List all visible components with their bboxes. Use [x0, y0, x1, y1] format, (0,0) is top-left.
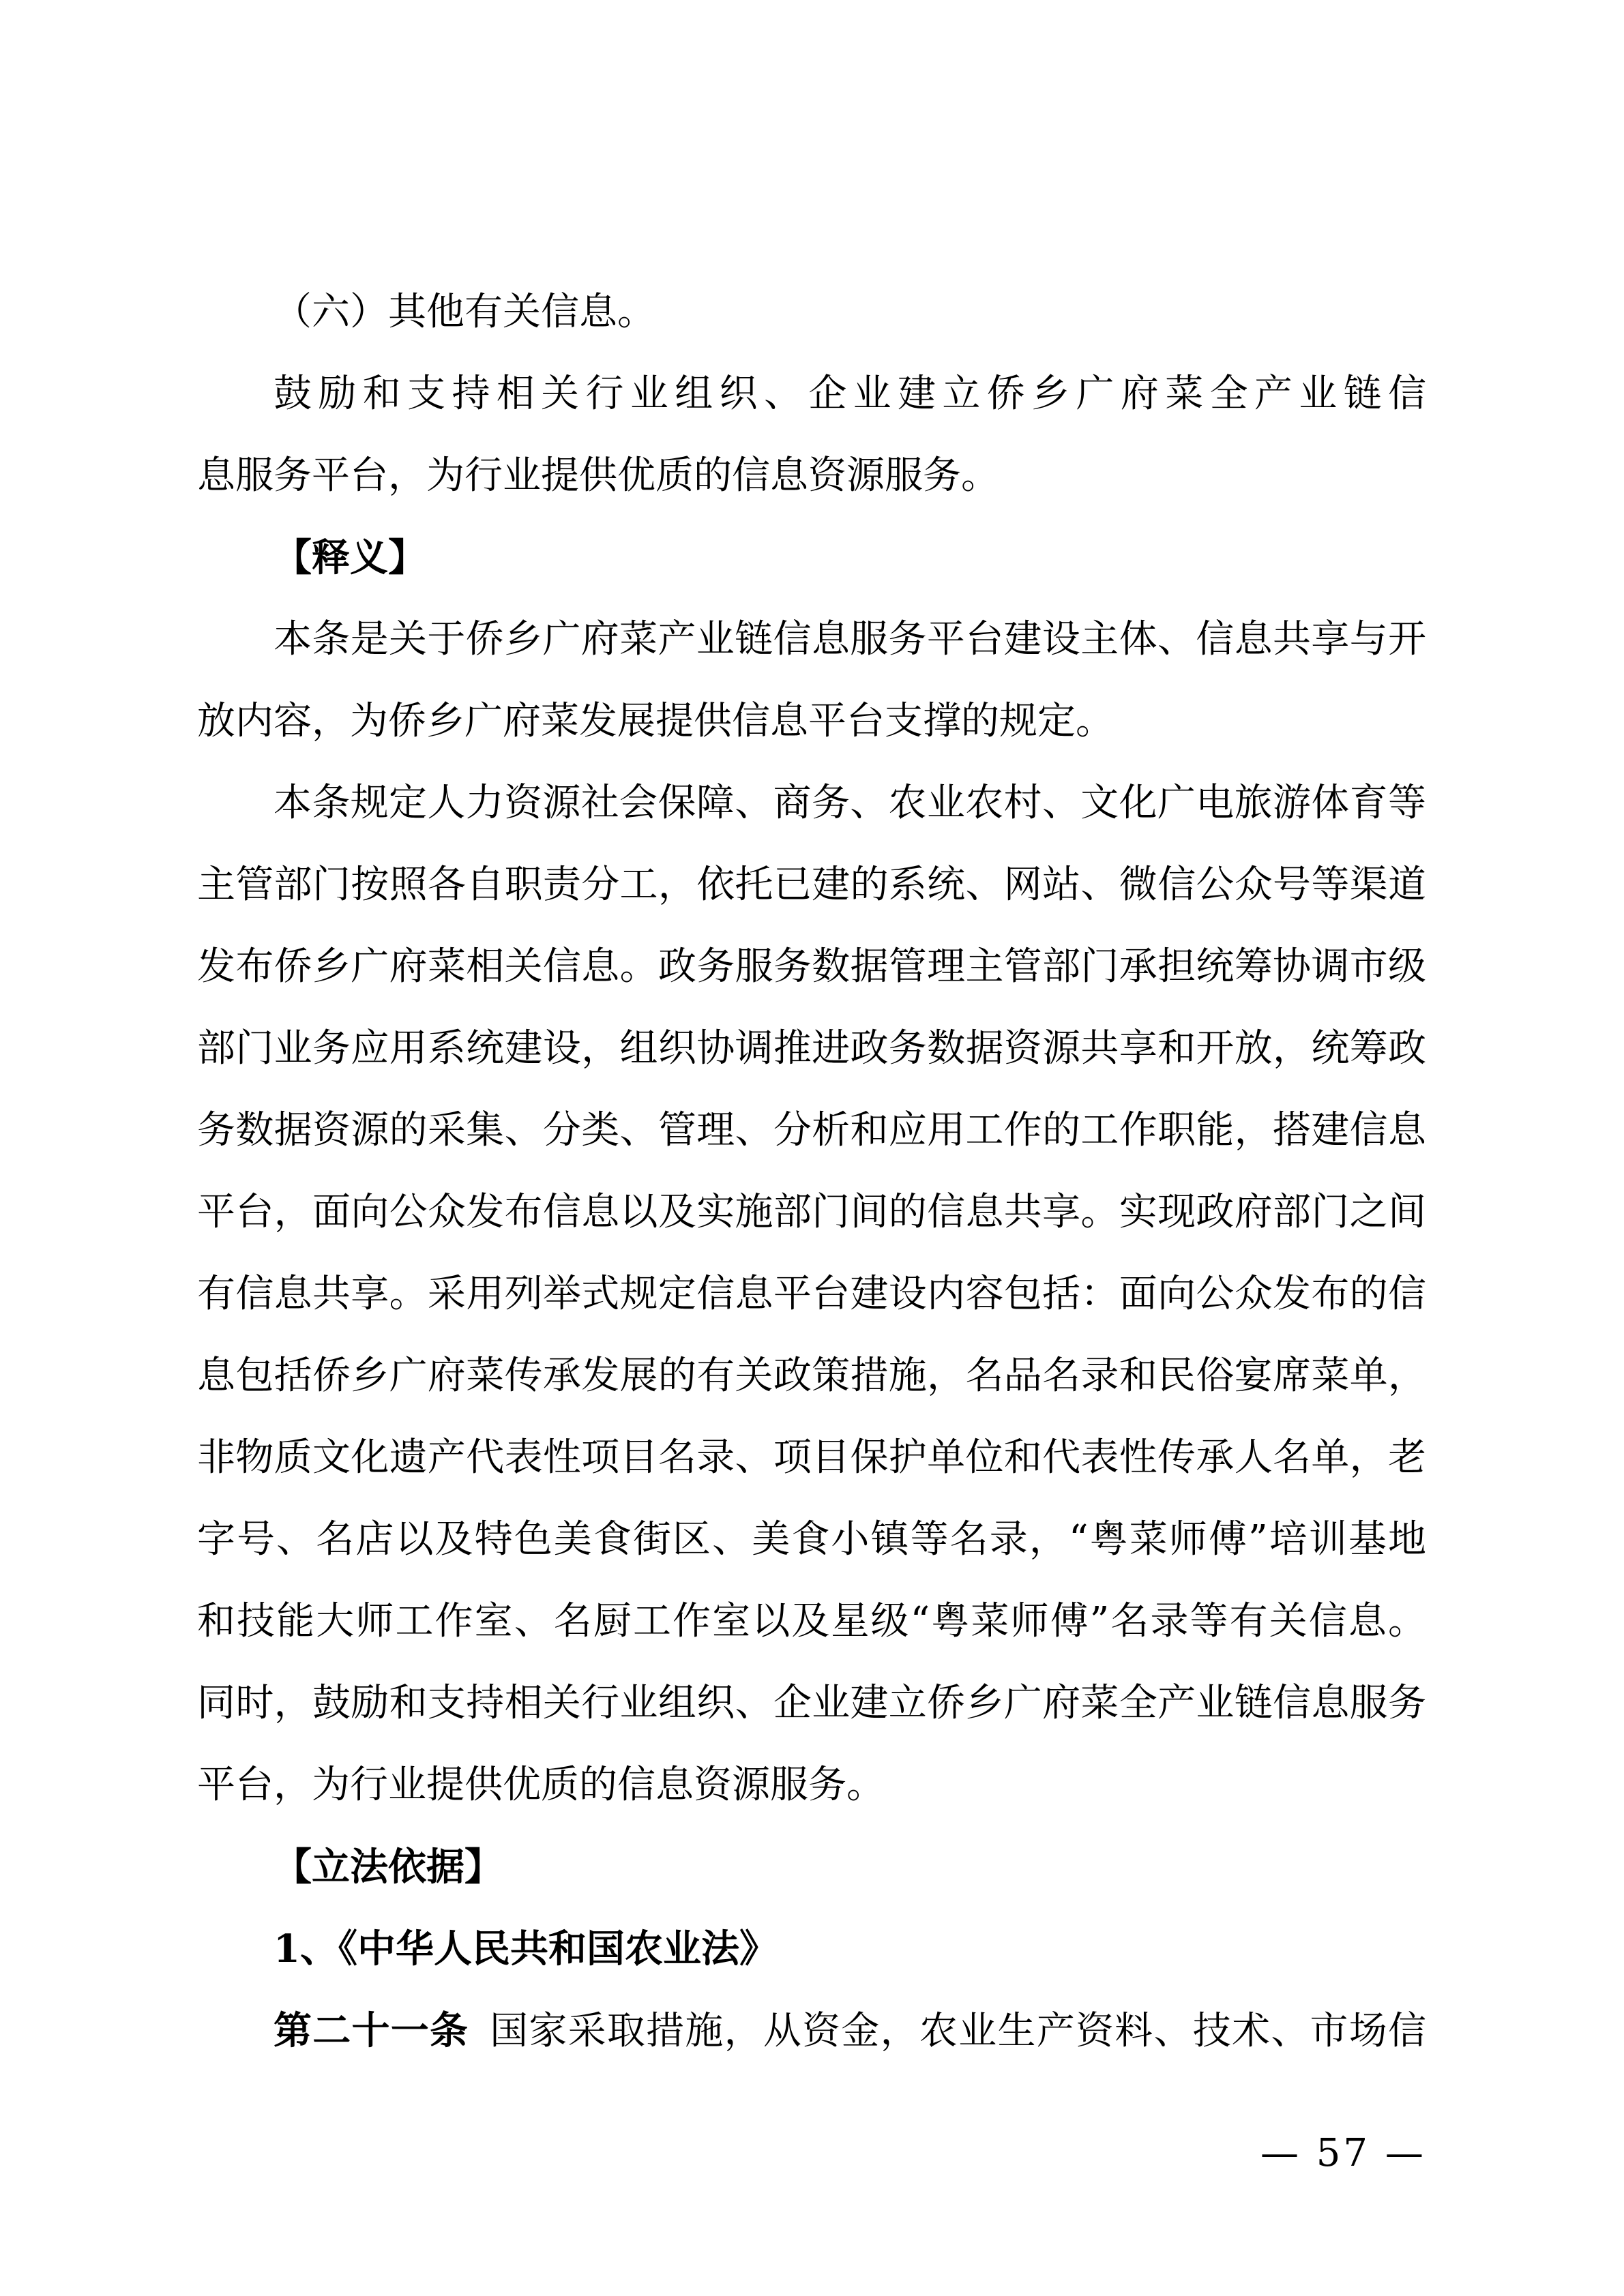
interpretation-body-line: 部门业务应用系统建设，组织协调推进政务数据资源共享和开放，统筹政	[197, 1008, 1426, 1090]
interpretation-body-line: 息包括侨乡广府菜传承发展的有关政策措施，名品名录和民俗宴席菜单，	[197, 1335, 1426, 1417]
interpretation-body-line: 同时，鼓励和支持相关行业组织、企业建立侨乡广府菜全产业链信息服务	[197, 1663, 1426, 1744]
page-content: （六）其他有关信息。 鼓励和支持相关行业组织、企业建立侨乡广府菜全产业链信 息服…	[197, 271, 1426, 2072]
article-21-number: 第二十一条	[274, 2008, 469, 2053]
article-21-text: 国家采取措施，从资金，农业生产资料、技术、市场信	[490, 2009, 1426, 2053]
interpretation-body-line: 和技能大师工作室、名厨工作室以及星级“粤菜师傅”名录等有关信息。	[197, 1581, 1426, 1663]
interpretation-body-line: 非物质文化遗产代表性项目名录、项目保护单位和代表性传承人名单，老	[197, 1417, 1426, 1499]
article-21-line: 第二十一条国家采取措施，从资金，农业生产资料、技术、市场信	[197, 1990, 1426, 2072]
interpretation-body-line: 有信息共享。采用列举式规定信息平台建设内容包括：面向公众发布的信	[197, 1253, 1426, 1335]
legislative-basis-heading: 【立法依据】	[197, 1826, 1426, 1908]
interpretation-intro-line: 本条是关于侨乡广府菜产业链信息服务平台建设主体、信息共享与开	[197, 599, 1426, 681]
law-title-line: 1、《中华人民共和国农业法》	[197, 1908, 1426, 1990]
interpretation-body-line: 字号、名店以及特色美食街区、美食小镇等名录，“粤菜师傅”培训基地	[197, 1499, 1426, 1581]
interpretation-body-line: 发布侨乡广府菜相关信息。政务服务数据管理主管部门承担统筹协调市级	[197, 926, 1426, 1008]
interpretation-intro-line: 放内容，为侨乡广府菜发展提供信息平台支撑的规定。	[197, 681, 1426, 762]
clause-item-6-line: （六）其他有关信息。	[197, 271, 1426, 353]
interpretation-body-line: 平台，面向公众发布信息以及实施部门间的信息共享。实现政府部门之间	[197, 1172, 1426, 1253]
interpretation-heading: 【释义】	[197, 517, 1426, 599]
interpretation-body-line: 平台，为行业提供优质的信息资源服务。	[197, 1744, 1426, 1826]
page-number: — 57 —	[1260, 2126, 1426, 2181]
interpretation-body-line: 本条规定人力资源社会保障、商务、农业农村、文化广电旅游体育等	[197, 762, 1426, 844]
clause-body-line: 息服务平台，为行业提供优质的信息资源服务。	[197, 435, 1426, 517]
interpretation-body-line: 务数据资源的采集、分类、管理、分析和应用工作的工作职能，搭建信息	[197, 1090, 1426, 1172]
clause-body-line: 鼓励和支持相关行业组织、企业建立侨乡广府菜全产业链信	[197, 353, 1426, 435]
interpretation-body-line: 主管部门按照各自职责分工，依托已建的系统、网站、微信公众号等渠道	[197, 844, 1426, 926]
